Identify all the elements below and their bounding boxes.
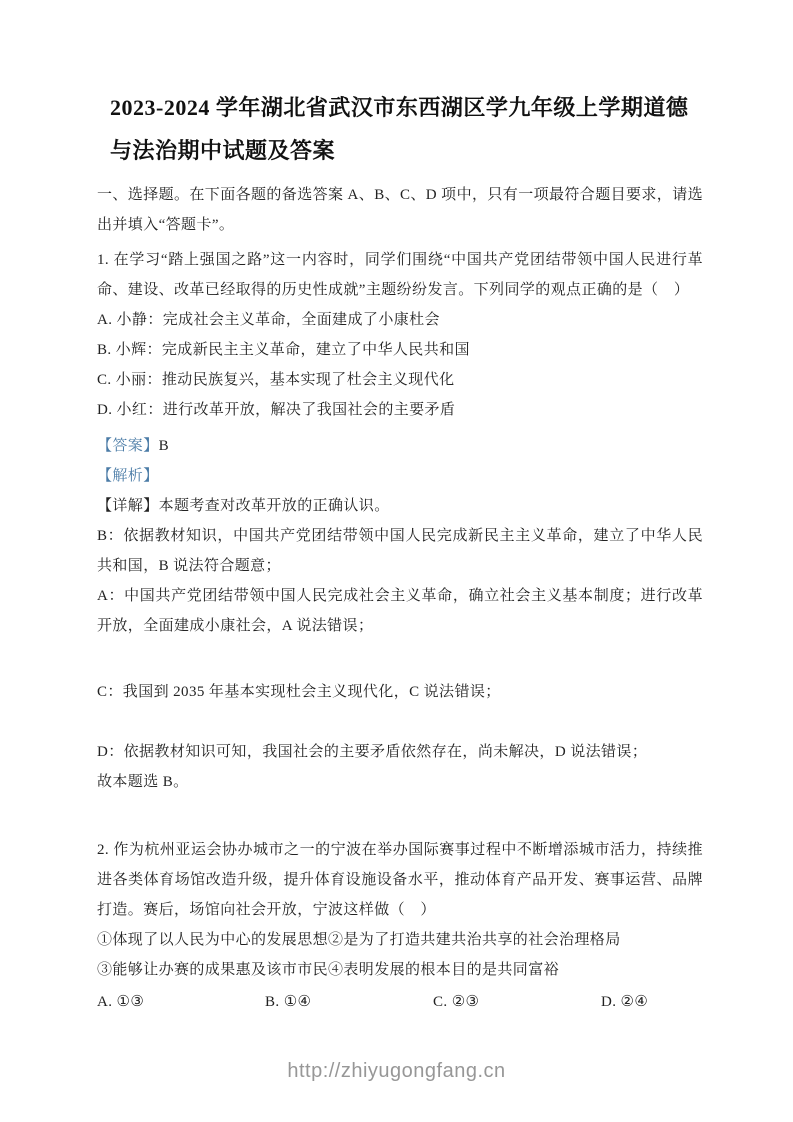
section-instructions: 一、选择题。在下面各题的备选答案 A、B、C、D 项中，只有一项最符合题目要求，… [97, 180, 703, 240]
answer-line: 【答案】B [97, 431, 703, 461]
question-1-stem: 1. 在学习“踏上强国之路”这一内容时，同学们围绕“中国共产党团结带领中国人民进… [97, 245, 703, 305]
question-1-option-b: B. 小辉：完成新民主主义革命，建立了中华人民共和国 [97, 335, 703, 365]
question-2-stem: 2. 作为杭州亚运会协办城市之一的宁波在举办国际赛事过程中不断增添城市活力，持续… [97, 835, 703, 925]
document-content: 2023-2024 学年湖北省武汉市东西湖区学九年级上学期道德与法治期中试题及答… [0, 0, 793, 1017]
answer-label: 【答案】 [97, 438, 159, 454]
explanation-option-c: C：我国到 2035 年基本实现杜会主义现代化，C 说法错误； [97, 677, 703, 707]
question-2-option-d: D. ②④ [601, 987, 703, 1017]
analysis-label: 【解析】 [97, 461, 703, 491]
answer-value: B [159, 438, 169, 454]
question-1-option-d: D. 小红：进行改革开放，解决了我国社会的主要矛盾 [97, 395, 703, 425]
page-title: 2023-2024 学年湖北省武汉市东西湖区学九年级上学期道德与法治期中试题及答… [110, 86, 703, 172]
question-2-statements-line1: ①体现了以人民为中心的发展思想②是为了打造共建共治共享的社会治理格局 [97, 925, 703, 955]
question-1-option-a: A. 小静：完成社会主义革命，全面建成了小康杜会 [97, 305, 703, 335]
question-1-detail: 【详解】本题考查对改革开放的正确认识。 [97, 491, 703, 521]
watermark-url: http://zhiyugongfang.cn [0, 1060, 793, 1083]
question-1-option-c: C. 小丽：推动民族复兴，基本实现了杜会主义现代化 [97, 365, 703, 395]
question-2-option-b: B. ①④ [265, 987, 433, 1017]
explanation-option-d: D：依据教材知识可知，我国社会的主要矛盾依然存在，尚未解决，D 说法错误； [97, 737, 703, 767]
explanation-conclusion: 故本题选 B。 [97, 767, 703, 797]
question-2-option-a: A. ①③ [97, 987, 265, 1017]
question-2-option-c: C. ②③ [433, 987, 601, 1017]
document-page: 2023-2024 学年湖北省武汉市东西湖区学九年级上学期道德与法治期中试题及答… [0, 0, 793, 1122]
explanation-option-b: B：依据教材知识，中国共产党团结带领中国人民完成新民主主义革命，建立了中华人民共… [97, 521, 703, 581]
explanation-option-a: A：中国共产党团结带领中国人民完成社会主义革命，确立社会主义基本制度；进行改革开… [97, 581, 703, 641]
question-2-options-row: A. ①③ B. ①④ C. ②③ D. ②④ [97, 987, 703, 1017]
question-2-statements-line2: ③能够让办赛的成果惠及该市市民④表明发展的根本目的是共同富裕 [97, 955, 703, 985]
